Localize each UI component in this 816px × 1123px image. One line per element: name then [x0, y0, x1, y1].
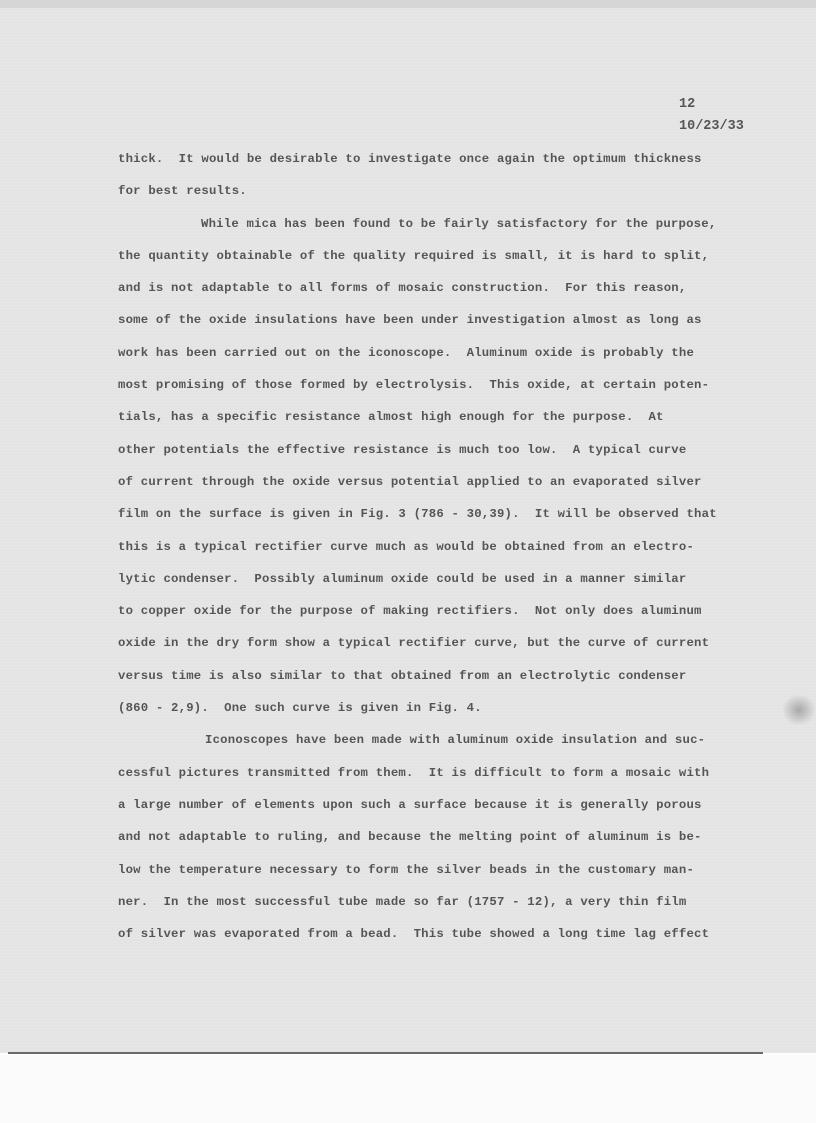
text-line: film on the surface is given in Fig. 3 (… — [118, 505, 758, 537]
text-line: ner. In the most successful tube made so… — [118, 893, 758, 925]
text-line: lytic condenser. Possibly aluminum oxide… — [118, 570, 758, 602]
document-page: 12 10/23/33 thick. It would be desirable… — [0, 0, 816, 1053]
text-line: and not adaptable to ruling, and because… — [118, 828, 758, 860]
page-edge-shadow — [8, 1052, 763, 1054]
text-line: to copper oxide for the purpose of makin… — [118, 602, 758, 634]
text-line: low the temperature necessary to form th… — [118, 861, 758, 893]
text-line: a large number of elements upon such a s… — [118, 796, 758, 828]
text-line: the quantity obtainable of the quality r… — [118, 247, 758, 279]
text-line: and is not adaptable to all forms of mos… — [118, 279, 758, 311]
body-text: thick. It would be desirable to investig… — [118, 150, 758, 957]
scan-smudge — [783, 695, 815, 725]
text-line: tials, has a specific resistance almost … — [118, 408, 758, 440]
text-line: thick. It would be desirable to investig… — [118, 150, 758, 182]
text-line: of silver was evaporated from a bead. Th… — [118, 925, 758, 957]
text-line: (860 - 2,9). One such curve is given in … — [118, 699, 758, 731]
text-line: for best results. — [118, 182, 758, 214]
paragraph-start-line: While mica has been found to be fairly s… — [118, 215, 758, 247]
text-line: versus time is also similar to that obta… — [118, 667, 758, 699]
scan-background — [0, 1055, 816, 1123]
text-line: this is a typical rectifier curve much a… — [118, 538, 758, 570]
text-line: cessful pictures transmitted from them. … — [118, 764, 758, 796]
page-header: 12 10/23/33 — [679, 94, 744, 138]
text-line: work has been carried out on the iconosc… — [118, 344, 758, 376]
text-line: of current through the oxide versus pote… — [118, 473, 758, 505]
paragraph-start-line: Iconoscopes have been made with aluminum… — [118, 731, 758, 763]
page-date: 10/23/33 — [679, 116, 744, 138]
text-line: most promising of those formed by electr… — [118, 376, 758, 408]
text-line: oxide in the dry form show a typical rec… — [118, 634, 758, 666]
page-number: 12 — [679, 94, 744, 116]
scan-top-band — [0, 0, 816, 8]
text-line: other potentials the effective resistanc… — [118, 441, 758, 473]
text-line: some of the oxide insulations have been … — [118, 311, 758, 343]
